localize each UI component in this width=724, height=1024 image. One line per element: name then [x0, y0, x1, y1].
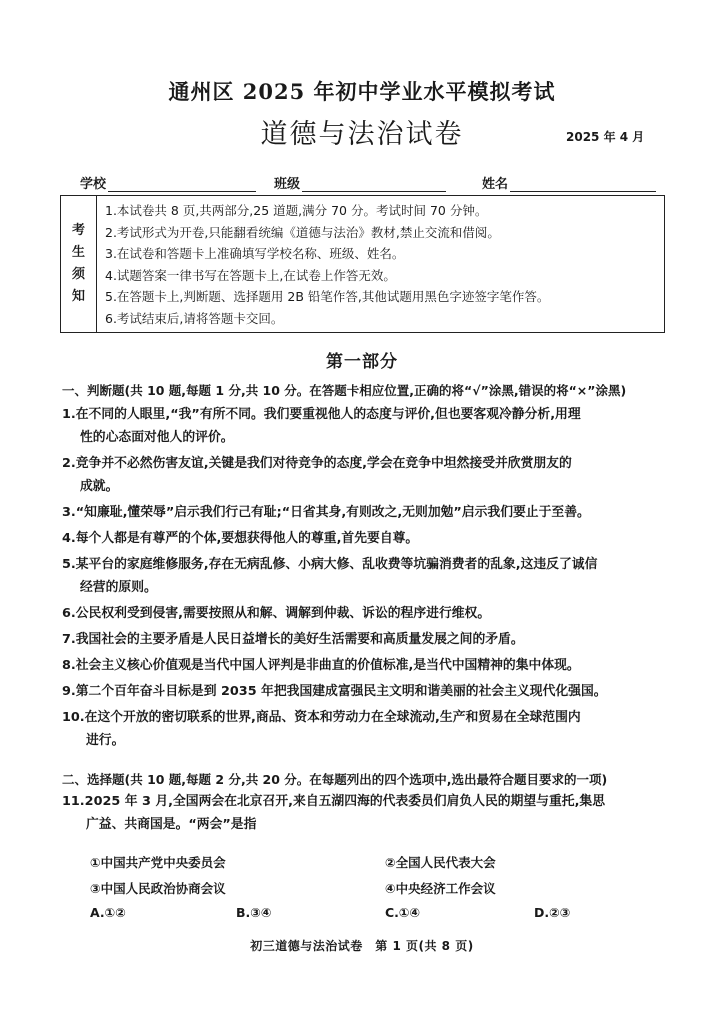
question-text: 7.我国社会的主要矛盾是人民日益增长的美好生活需要和高质量发展之间的矛盾。: [62, 628, 672, 651]
question-text: 性的心态面对他人的评价。: [62, 426, 672, 449]
statement-4: ④中央经济工作会议: [385, 879, 496, 897]
exam-title: 通州区 2025 年初中学业水平模拟考试: [0, 76, 724, 106]
question-text: 11.2025 年 3 月,全国两会在北京召开,来自五湖四海的代表委员们肩负人民…: [62, 790, 672, 813]
class-field[interactable]: [302, 177, 446, 192]
question-text: 10.在这个开放的密切联系的世界,商品、资本和劳动力在全球流动,生产和贸易在全球…: [62, 706, 672, 729]
question-8: 8.社会主义核心价值观是当代中国人评判是非曲直的价值标准,是当代中国精神的集中体…: [62, 654, 672, 677]
class-label: 班级: [274, 173, 300, 192]
notice-item: 6.考试结束后,请将答题卡交回。: [105, 308, 549, 330]
part-title: 第一部分: [0, 347, 724, 372]
question-text: 经营的原则。: [62, 576, 672, 599]
question-text: 5.某平台的家庭维修服务,存在无病乱修、小病大修、乱收费等坑骗消费者的乱象,这违…: [62, 553, 672, 576]
page-footer: 初三道德与法治试卷 第 1 页(共 8 页): [0, 937, 724, 954]
statement-2: ②全国人民代表大会: [385, 853, 496, 871]
school-label: 学校: [80, 173, 106, 192]
question-text: 进行。: [62, 729, 672, 752]
question-text: 1.在不同的人眼里,“我”有所不同。我们要重视他人的态度与评价,但也要客观冷静分…: [62, 403, 672, 426]
question-text: 2.竞争并不必然伤害友谊,关键是我们对待竞争的态度,学会在竞争中坦然接受并欣赏朋…: [62, 452, 672, 475]
notice-item: 1.本试卷共 8 页,共两部分,25 道题,满分 70 分。考试时间 70 分钟…: [105, 200, 549, 222]
notice-list: 1.本试卷共 8 页,共两部分,25 道题,满分 70 分。考试时间 70 分钟…: [97, 196, 549, 332]
section-heading: 二、选择题(共 10 题,每题 2 分,共 20 分。在每题列出的四个选项中,选…: [62, 770, 672, 788]
question-10: 10.在这个开放的密切联系的世界,商品、资本和劳动力在全球流动,生产和贸易在全球…: [62, 706, 672, 752]
question-text: 6.公民权利受到侵害,需要按照从和解、调解到仲裁、诉讼的程序进行维权。: [62, 602, 672, 625]
question-7: 7.我国社会的主要矛盾是人民日益增长的美好生活需要和高质量发展之间的矛盾。: [62, 628, 672, 651]
statement-1: ①中国共产党中央委员会: [90, 853, 226, 871]
question-2: 2.竞争并不必然伤害友谊,关键是我们对待竞争的态度,学会在竞争中坦然接受并欣赏朋…: [62, 452, 672, 498]
notice-side-label: 考 生 须 知: [61, 196, 97, 332]
question-text: 成就。: [62, 475, 672, 498]
question-6: 6.公民权利受到侵害,需要按照从和解、调解到仲裁、诉讼的程序进行维权。: [62, 602, 672, 625]
exam-date: 2025 年 4 月: [566, 128, 644, 145]
question-1: 1.在不同的人眼里,“我”有所不同。我们要重视他人的态度与评价,但也要客观冷静分…: [62, 403, 672, 449]
notice-item: 4.试题答案一律书写在答题卡上,在试卷上作答无效。: [105, 265, 549, 287]
notice-side-char: 考: [72, 220, 85, 242]
multiple-choice-section: 二、选择题(共 10 题,每题 2 分,共 20 分。在每题列出的四个选项中,选…: [62, 770, 672, 836]
name-label: 姓名: [482, 173, 508, 192]
question-4: 4.每个人都是有尊严的个体,要想获得他人的尊重,首先要自尊。: [62, 527, 672, 550]
question-text: 9.第二个百年奋斗目标是到 2035 年把我国建成富强民主文明和谐美丽的社会主义…: [62, 680, 672, 703]
choice-b[interactable]: B.③④: [236, 905, 271, 920]
choice-c[interactable]: C.①④: [385, 905, 420, 920]
question-9: 9.第二个百年奋斗目标是到 2035 年把我国建成富强民主文明和谐美丽的社会主义…: [62, 680, 672, 703]
notice-side-char: 生: [72, 242, 85, 264]
exam-notice-box: 考 生 须 知 1.本试卷共 8 页,共两部分,25 道题,满分 70 分。考试…: [60, 195, 665, 333]
question-text: 广益、共商国是。“两会”是指: [62, 813, 672, 836]
choice-a[interactable]: A.①②: [90, 905, 126, 920]
choice-d[interactable]: D.②③: [534, 905, 570, 920]
student-info-fields: 学校 班级 姓名: [80, 173, 656, 192]
true-false-section: 一、判断题(共 10 题,每题 1 分,共 10 分。在答题卡相应位置,正确的将…: [62, 381, 672, 752]
question-text: 4.每个人都是有尊严的个体,要想获得他人的尊重,首先要自尊。: [62, 527, 672, 550]
notice-item: 2.考试形式为开卷,只能翻看统编《道德与法治》教材,禁止交流和借阅。: [105, 222, 549, 244]
question-text: 8.社会主义核心价值观是当代中国人评判是非曲直的价值标准,是当代中国精神的集中体…: [62, 654, 672, 677]
question-5: 5.某平台的家庭维修服务,存在无病乱修、小病大修、乱收费等坑骗消费者的乱象,这违…: [62, 553, 672, 599]
notice-item: 3.在试卷和答题卡上准确填写学校名称、班级、姓名。: [105, 243, 549, 265]
notice-side-char: 知: [72, 286, 85, 308]
statement-3: ③中国人民政治协商会议: [90, 879, 226, 897]
notice-item: 5.在答题卡上,判断题、选择题用 2B 铅笔作答,其他试题用黑色字迹签字笔作答。: [105, 286, 549, 308]
name-field[interactable]: [510, 177, 656, 192]
section-heading: 一、判断题(共 10 题,每题 1 分,共 10 分。在答题卡相应位置,正确的将…: [62, 381, 672, 399]
question-11: 11.2025 年 3 月,全国两会在北京召开,来自五湖四海的代表委员们肩负人民…: [62, 790, 672, 836]
question-text: 3.“知廉耻,懂荣辱”启示我们行己有耻;“日省其身,有则改之,无则加勉”启示我们…: [62, 501, 672, 524]
school-field[interactable]: [108, 177, 256, 192]
notice-side-char: 须: [72, 264, 85, 286]
question-3: 3.“知廉耻,懂荣辱”启示我们行己有耻;“日省其身,有则改之,无则加勉”启示我们…: [62, 501, 672, 524]
